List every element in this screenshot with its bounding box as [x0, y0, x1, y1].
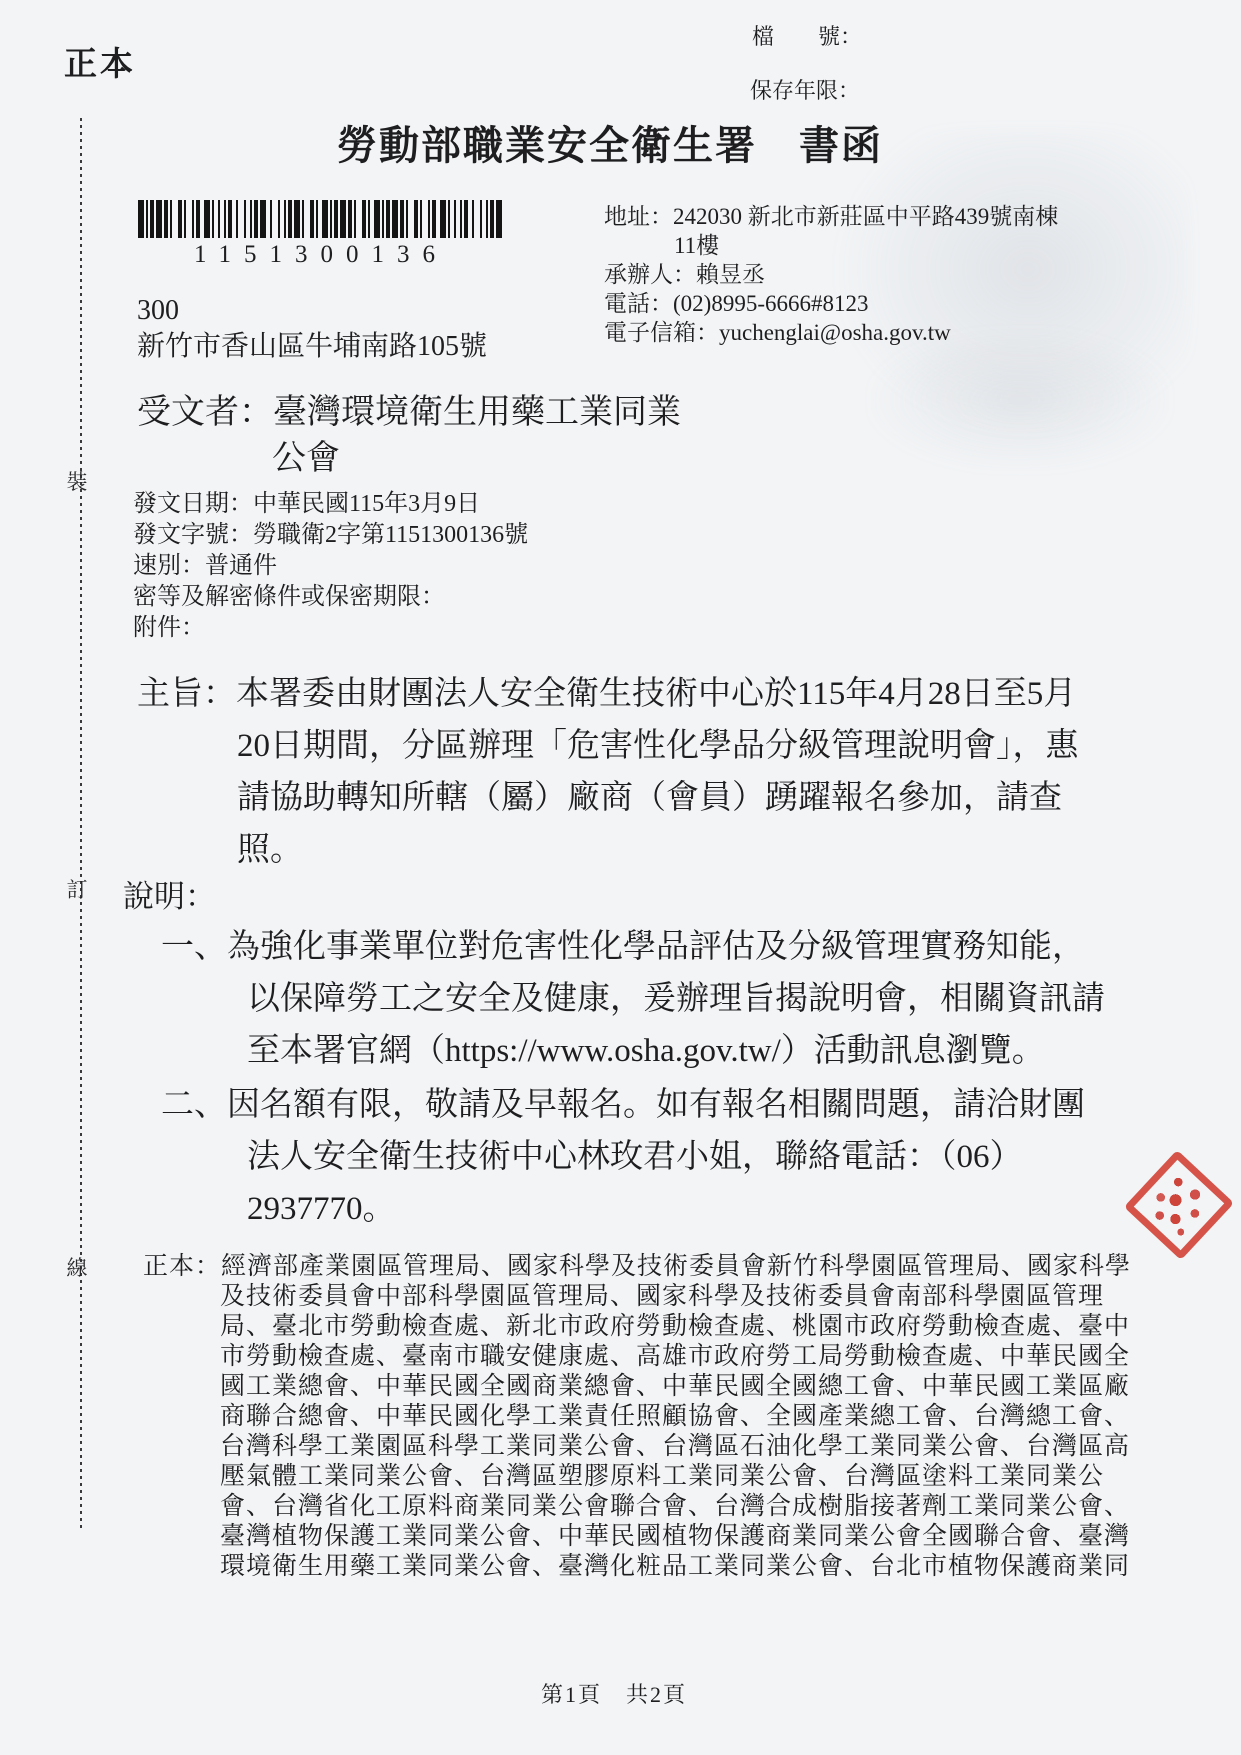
sender-contact-person: 承辦人：賴昱丞 — [604, 260, 1058, 289]
document-page: 正本 檔 號： 保存年限： 勞動部職業安全衛生署 書函 裝 訂 線 115130… — [0, 0, 1241, 1755]
explanation-item-2: 二、因名額有限，敬請及早報名。如有報名相關問題，請洽財團 法人安全衛生技術中心林… — [161, 1079, 1085, 1235]
red-seal-stamp — [1128, 1156, 1238, 1301]
binding-dotted-line — [80, 118, 82, 1528]
copies-line: 會、台灣省化工原料商業同業公會聯合會、台灣合成樹脂接著劑工業同業公會、 — [220, 1492, 1131, 1522]
priority-level: 速別：普通件 — [133, 551, 528, 582]
explanation-heading: 說明： — [123, 871, 216, 916]
sender-email: 電子信箱：yuchenglai@osha.gov.tw — [604, 318, 1058, 347]
copies-line: 台灣科學工業園區科學工業同業公會、台灣區石油化學工業同業公會、台灣區高 — [220, 1432, 1131, 1462]
copies-line: 國工業總會、中華民國全國商業總會、中華民國全國總工會、中華民國工業區廠 — [220, 1372, 1131, 1402]
explanation-line: 以保障勞工之安全及健康，爰辦理旨揭說明會，相關資訊請 — [247, 973, 1105, 1025]
copies-line: 壓氣體工業同業公會、台灣區塑膠原料工業同業公會、台灣區塗料工業同業公 — [220, 1462, 1131, 1492]
recipient-postal-code: 300 — [137, 295, 179, 327]
document-title: 勞動部職業安全衛生署 書函 — [0, 114, 1220, 171]
subject-line: 請協助轉知所轄（屬）廠商（會員）踴躍報名參加，請查 — [237, 772, 1079, 824]
document-meta-block: 發文日期：中華民國115年3月9日 發文字號：勞職衛2字第1151300136號… — [133, 489, 528, 644]
page-number-footer: 第1頁 共2頁 — [541, 1678, 687, 1709]
recipient-name-line1: 受文者：臺灣環境衛生用藥工業同業 — [137, 384, 681, 433]
document-number: 發文字號：勞職衛2字第1151300136號 — [133, 520, 528, 551]
explanation-line: 至本署官網（https://www.osha.gov.tw/）活動訊息瀏覽。 — [247, 1025, 1105, 1077]
explanation-line: 二、因名額有限，敬請及早報名。如有報名相關問題，請洽財團 — [161, 1079, 1085, 1131]
explanation-item-1: 一、為強化事業單位對危害性化學品評估及分級管理實務知能， 以保障勞工之安全及健康… — [161, 921, 1105, 1077]
copies-line: 局、臺北市勞動檢查處、新北市政府勞動檢查處、桃園市政府勞動檢查處、臺中 — [220, 1312, 1131, 1342]
copies-line: 市勞動檢查處、臺南市職安健康處、高雄市政府勞工局勞動檢查處、中華民國全 — [220, 1342, 1131, 1372]
explanation-line: 2937770。 — [247, 1183, 1085, 1235]
binding-mark-ding: 訂 — [64, 874, 90, 904]
recipient-address: 新竹市香山區牛埔南路105號 — [137, 324, 487, 364]
copies-line: 及技術委員會中部科學園區管理局、國家科學及技術委員會南部科學園區管理 — [220, 1282, 1131, 1312]
sender-phone: 電話：(02)8995-6666#8123 — [604, 289, 1058, 318]
sender-address-line2: 11樓 — [604, 231, 1058, 260]
recipient-name-line2: 公會 — [272, 430, 340, 479]
copies-line: 環境衛生用藥工業同業公會、臺灣化粧品工業同業公會、台北市植物保護商業同 — [220, 1552, 1131, 1582]
attachment-label: 附件： — [133, 613, 528, 644]
binding-mark-zhuang: 裝 — [64, 466, 90, 496]
issue-date: 發文日期：中華民國115年3月9日 — [133, 489, 528, 520]
explanation-line: 一、為強化事業單位對危害性化學品評估及分級管理實務知能， — [161, 921, 1105, 973]
red-seal-diamond — [1124, 1150, 1234, 1260]
subject-line: 20日期間，分區辦理「危害性化學品分級管理說明會」，惠 — [237, 720, 1079, 772]
security-classification: 密等及解密條件或保密期限： — [133, 582, 528, 613]
barcode-number: 1151300136 — [138, 241, 504, 269]
copies-distribution-list: 正本：經濟部產業園區管理局、國家科學及技術委員會新竹科學園區管理局、國家科學 及… — [143, 1252, 1131, 1582]
copies-line: 商聯合總會、中華民國化學工業責任照顧協會、全國產業總工會、台灣總工會、 — [220, 1402, 1131, 1432]
file-number-label: 檔 號： — [752, 20, 862, 51]
subject-block: 主旨：本署委由財團法人安全衛生技術中心於115年4月28日至5月 20日期間，分… — [137, 668, 1079, 876]
subject-line: 主旨：本署委由財團法人安全衛生技術中心於115年4月28日至5月 — [137, 668, 1079, 720]
retention-period-label: 保存年限： — [750, 74, 860, 105]
sender-info-block: 地址：242030 新北市新莊區中平路439號南棟 11樓 承辦人：賴昱丞 電話… — [604, 202, 1058, 347]
copies-line: 臺灣植物保護工業同業公會、中華民國植物保護商業同業公會全國聯合會、臺灣 — [220, 1522, 1131, 1552]
sender-address-line1: 地址：242030 新北市新莊區中平路439號南棟 — [604, 202, 1058, 231]
copies-line: 正本：經濟部產業園區管理局、國家科學及技術委員會新竹科學園區管理局、國家科學 — [143, 1252, 1131, 1282]
barcode — [138, 200, 504, 238]
subject-line: 照。 — [237, 824, 1079, 876]
scan-artifact — [870, 330, 1170, 470]
binding-mark-xian: 線 — [64, 1252, 90, 1282]
copy-type-label: 正本 — [64, 38, 136, 85]
explanation-line: 法人安全衛生技術中心林玫君小姐，聯絡電話：（06） — [247, 1131, 1085, 1183]
